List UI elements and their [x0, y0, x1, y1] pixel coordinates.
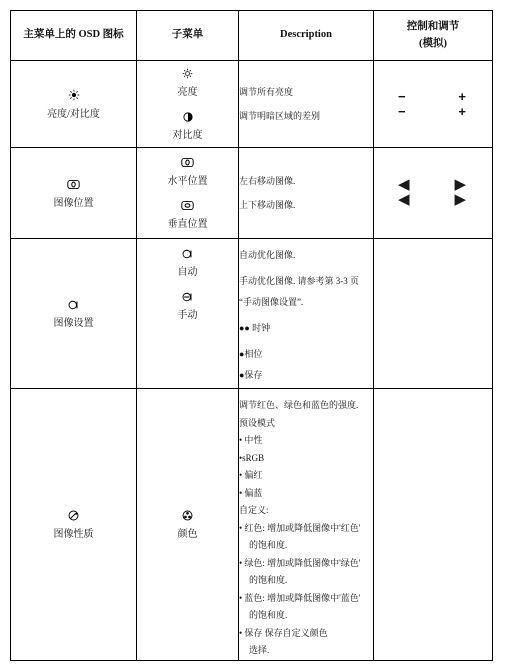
- description-line: • 保存 保存自定义颜色: [239, 625, 373, 642]
- vertical-position-icon: [181, 199, 194, 212]
- arrow-right-icon: ▶: [454, 193, 466, 208]
- description-line: 调节红色、绿色和蓝色的强度.: [239, 397, 373, 414]
- main-menu-cell: 亮度/对比度: [11, 61, 137, 148]
- arrow-left-icon: ◀: [398, 193, 410, 208]
- description-line: ●保存: [239, 367, 373, 383]
- description-line: 手动优化图像. 请参考第 3-3 页: [239, 273, 373, 289]
- color-icon: [181, 509, 194, 522]
- submenu-label: 自动: [178, 263, 198, 278]
- description-line: 调节明暗区域的差别: [239, 104, 373, 128]
- header-controls-line2: (模拟): [374, 36, 492, 53]
- contrast-half-circle-icon: [182, 110, 194, 123]
- header-submenu: 子菜单: [137, 11, 239, 61]
- description-line: • 蓝色: 增加或降低图像中'蓝色': [239, 590, 373, 607]
- description-line: • 偏红: [239, 467, 373, 484]
- description-line: 自动优化图像.: [239, 247, 373, 263]
- arrow-right-icon: ▶: [454, 178, 466, 193]
- description-line: 自定义:: [239, 502, 373, 519]
- header-controls: 控制和调节 (模拟): [374, 11, 493, 61]
- main-menu-cell: 图像性质: [11, 389, 137, 661]
- description-line: • 绿色: 增加或降低图像中'绿色': [239, 555, 373, 572]
- submenu-label: 颜色: [178, 525, 198, 540]
- plus-icon: +: [458, 104, 466, 119]
- description-line: • 中性: [239, 432, 373, 449]
- controls-cell-empty: [374, 239, 493, 389]
- main-menu-label: 图像性质: [54, 525, 94, 540]
- plus-icon: +: [458, 89, 466, 104]
- submenu-cell: 水平位置 垂直位置: [137, 148, 239, 239]
- description-cell: 调节所有亮度 调节明暗区域的差别: [239, 61, 374, 148]
- description-line: 左右移动图像.: [239, 169, 373, 193]
- brightness-contrast-sun-icon: [68, 89, 80, 102]
- description-line: 上下移动图像.: [239, 193, 373, 217]
- description-line: 选择.: [239, 642, 373, 659]
- row-image-setup: 图像设置 自动 手动 自动优化图像.: [11, 239, 493, 389]
- osd-menu-table: 主菜单上的 OSD 图标 子菜单 Description 控制和调节 (模拟) …: [10, 10, 493, 661]
- header-row: 主菜单上的 OSD 图标 子菜单 Description 控制和调节 (模拟): [11, 11, 493, 61]
- controls-cell: − + − +: [374, 61, 493, 148]
- image-position-icon: [67, 178, 80, 191]
- minus-icon: −: [398, 89, 406, 104]
- main-menu-label: 图像位置: [54, 194, 94, 209]
- image-setup-icon: [67, 298, 80, 311]
- minus-icon: −: [398, 104, 406, 119]
- manual-icon: [181, 290, 194, 303]
- auto-icon: [181, 247, 194, 260]
- submenu-cell: 亮度 对比度: [137, 61, 239, 148]
- submenu-label: 水平位置: [168, 172, 208, 187]
- submenu-label: 垂直位置: [168, 215, 208, 230]
- description-cell: 调节红色、绿色和蓝色的强度. 预设模式 • 中性 •sRGB • 偏红 • 偏蓝…: [239, 389, 374, 661]
- description-cell: 自动优化图像. 手动优化图像. 请参考第 3-3 页 “手动图像设置”. ●● …: [239, 239, 374, 389]
- image-properties-icon: [67, 509, 80, 522]
- description-line: 的饱和度.: [239, 537, 373, 554]
- header-description: Description: [239, 11, 374, 61]
- submenu-label: 亮度: [178, 83, 198, 98]
- submenu-label: 对比度: [173, 126, 203, 141]
- description-line: ●相位: [239, 346, 373, 362]
- row-image-properties: 图像性质 颜色 调节红色、绿色和蓝色的强度. 预设模式 • 中性 •sRGB •…: [11, 389, 493, 661]
- main-menu-cell: 图像设置: [11, 239, 137, 389]
- description-cell: 左右移动图像. 上下移动图像.: [239, 148, 374, 239]
- horizontal-position-icon: [181, 156, 194, 169]
- controls-cell: ◀ ▶ ◀ ▶: [374, 148, 493, 239]
- header-controls-line1: 控制和调节: [374, 19, 492, 36]
- description-line: • 红色: 增加或降低图像中'红色': [239, 520, 373, 537]
- arrow-left-icon: ◀: [398, 178, 410, 193]
- row-image-position: 图像位置 水平位置 垂直位置 左右移: [11, 148, 493, 239]
- submenu-cell: 颜色: [137, 389, 239, 661]
- description-line: 预设模式: [239, 415, 373, 432]
- description-line: “手动图像设置”.: [239, 294, 373, 310]
- row-brightness-contrast: 亮度/对比度 亮度 对比度 调节所有: [11, 61, 493, 148]
- brightness-sun-icon: [182, 67, 193, 80]
- main-menu-label: 图像设置: [54, 314, 94, 329]
- description-line: • 偏蓝: [239, 485, 373, 502]
- description-line: 的饱和度.: [239, 607, 373, 624]
- submenu-label: 手动: [178, 306, 198, 321]
- description-line: •sRGB: [239, 450, 373, 467]
- main-menu-label: 亮度/对比度: [47, 105, 100, 120]
- controls-cell-empty: [374, 389, 493, 661]
- header-main-menu: 主菜单上的 OSD 图标: [11, 11, 137, 61]
- description-line: ●● 时钟: [239, 320, 373, 336]
- manual-page: 主菜单上的 OSD 图标 子菜单 Description 控制和调节 (模拟) …: [0, 0, 507, 670]
- description-line: 调节所有亮度: [239, 80, 373, 104]
- main-menu-cell: 图像位置: [11, 148, 137, 239]
- description-line: 的饱和度.: [239, 572, 373, 589]
- submenu-cell: 自动 手动: [137, 239, 239, 389]
